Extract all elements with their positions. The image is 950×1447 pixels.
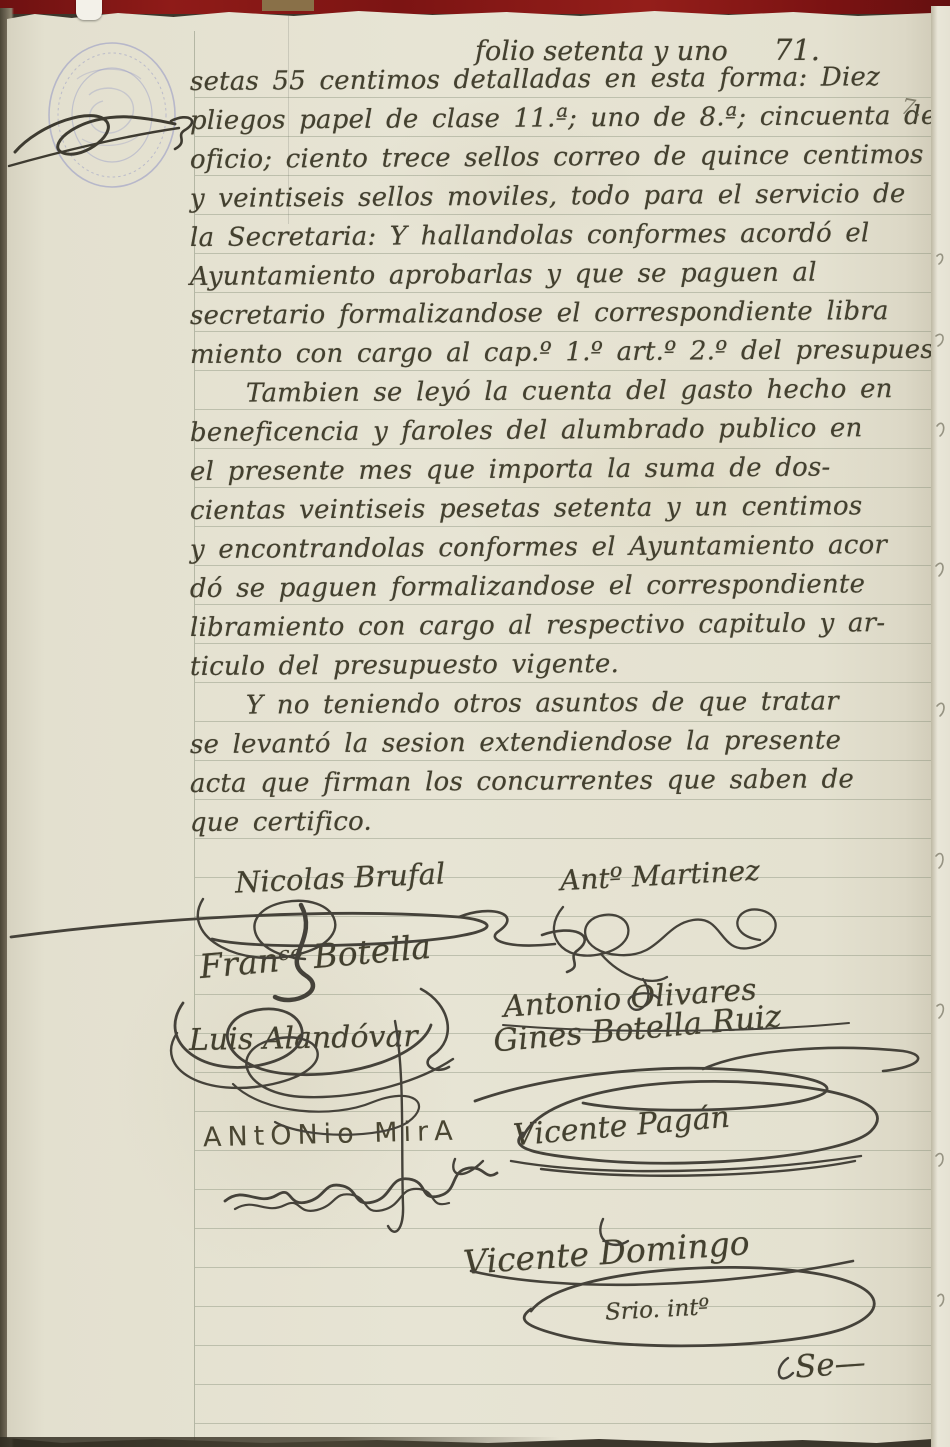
manuscript-body: setas 55 centimos detalladas en esta for… [190, 9, 935, 1443]
manuscript-line: setas 55 centimos detalladas en esta for… [190, 58, 880, 102]
catchword: Se— [794, 1345, 867, 1386]
manuscript-line: acta que firman los concurrentes que sab… [190, 760, 854, 804]
manuscript-line: libramiento con cargo al respectivo capi… [190, 604, 886, 648]
manuscript-line: Tambien se leyó la cuenta del gasto hech… [190, 370, 893, 414]
manuscript-line: Y no teniendo otros asuntos de que trata… [190, 682, 839, 726]
signature-luis-alandovar: Luis Alandóvar [189, 1019, 418, 1058]
manuscript-line: beneficencia y faroles del alumbrado pub… [190, 409, 863, 453]
manuscript-line: y encontrandolas conformes el Ayuntamien… [190, 526, 887, 570]
manuscript-line: se levantó la sesion extendiendose la pr… [190, 721, 841, 765]
municipal-ink-stamp-icon [49, 43, 175, 187]
stamp-pen-rubric [9, 116, 192, 166]
manuscript-line: la Secretaria: Y hallandolas conformes a… [190, 214, 870, 258]
manuscript-line: y veintiseis sellos moviles, todo para e… [190, 175, 906, 219]
manuscript-page: folio setenta y uno71. setas 55 centimos… [7, 9, 932, 1443]
secretary-title-note: Srio. intº [604, 1294, 710, 1325]
manuscript-line: ticulo del presupuesto vigente. [190, 645, 619, 687]
manuscript-line: secretario formalizandose el correspondi… [190, 292, 889, 336]
adjacent-page-ink-marks [931, 6, 950, 1447]
manuscript-line: Ayuntamiento aprobarlas y que se paguen … [190, 254, 817, 297]
binding-tape-patch [262, 0, 314, 11]
book-bottom-edge [0, 1437, 560, 1447]
manuscript-line: oficio; ciento trece sellos correo de qu… [190, 136, 924, 180]
book-binding-top-edge [0, 0, 950, 14]
manuscript-line: dó se paguen formalizandose el correspon… [190, 565, 865, 609]
manuscript-line: el presente mes que importa la suma de d… [190, 449, 831, 492]
adjacent-page-text-fragment: 7. [899, 94, 924, 122]
manuscript-line: cientas veintiseis pesetas setenta y un … [190, 487, 863, 531]
manuscript-line: miento con cargo al cap.º 1.º art.º 2.º … [190, 331, 950, 375]
adjacent-page-edge [931, 6, 950, 1447]
manuscript-line: que certifico. [190, 803, 372, 843]
manuscript-line: pliegos papel de clase 11.ª; uno de 8.ª;… [190, 97, 937, 141]
paper-notch [76, 0, 102, 20]
